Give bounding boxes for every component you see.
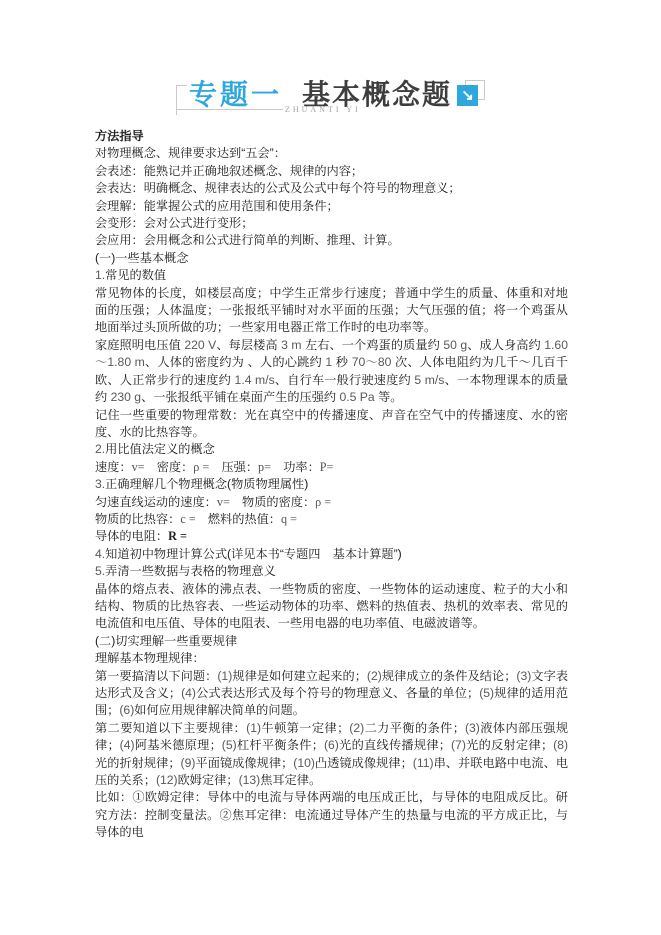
text-run: 压强： xyxy=(209,460,258,474)
text-run: 用比值法定义的概念 xyxy=(105,442,215,456)
text-run: (5) xyxy=(222,738,237,752)
text-run: 光的折射规律； xyxy=(95,756,181,770)
text-run: (二)切实理解一些重要规律 xyxy=(95,634,237,648)
text-run: 1.4 m/s xyxy=(235,373,275,387)
text-run: 0.5 Pa xyxy=(339,390,374,404)
paragraph: 2.用比值法定义的概念 xyxy=(95,441,568,458)
text-run: ρ = xyxy=(315,495,331,509)
document-body: 方法指导对物理概念、规律要求达到“五会”：会表述：能熟记并正确地叙述概念、规律的… xyxy=(95,128,568,842)
text-run: 速度： xyxy=(95,460,132,474)
text-run: 等。 xyxy=(375,390,403,404)
paragraph: 导体的电阻：R = xyxy=(95,528,568,545)
paragraph: 会变形：会对公式进行变形； xyxy=(95,215,568,232)
text-run: 知道初中物理计算公式(详见本书“专题四 基本计算题”) xyxy=(105,547,402,561)
paragraph: 常见物体的长度，如楼层高度；中学生正常步行速度；普通中学生的质量、体重和对地面的… xyxy=(95,285,568,337)
text-run: 阿基米德原理； xyxy=(135,738,222,752)
text-run: 光的反射定律； xyxy=(466,738,553,752)
text-run: 理解基本物理规律： xyxy=(95,651,205,665)
text-run: (1) xyxy=(217,669,232,683)
text-run: 50 g xyxy=(443,338,467,352)
text-run: v= xyxy=(132,460,145,474)
paragraph: (二)切实理解一些重要规律 xyxy=(95,633,568,650)
text-run: 第一要搞清以下问题： xyxy=(95,669,217,683)
text-run: 物质的比热容： xyxy=(95,512,180,526)
text-run: 230 g xyxy=(111,390,142,404)
text-run: (4) xyxy=(120,738,135,752)
text-run: (2) xyxy=(367,669,382,683)
text-run: 匀速直线运动的速度： xyxy=(95,495,217,509)
paragraph: 第二要知道以下主要规律：(1)牛顿第一定律；(2)二力平衡的条件；(3)液体内部… xyxy=(95,720,568,790)
text-run: 杠杆平衡条件； xyxy=(237,738,324,752)
paragraph: 速度：v= 密度：ρ = 压强：p= 功率：P= xyxy=(95,459,568,476)
text-run: (一)一些基本概念 xyxy=(95,251,188,265)
paragraph: 物质的比热容：c = 燃料的热值：q = xyxy=(95,511,568,528)
text-run: 秒 xyxy=(332,355,352,369)
text-run: 左右、一个鸡蛋的质量约 xyxy=(302,338,444,352)
arrow-down-right-icon: ↘ xyxy=(457,80,485,107)
text-run: 光的直线传播规律； xyxy=(339,738,451,752)
bracket-corner-line xyxy=(176,85,187,115)
text-run: 正确理解几个物理概念(物质物理属性) xyxy=(105,477,308,491)
text-run: P= xyxy=(320,460,334,474)
text-run: 、成人身高约 xyxy=(467,338,544,352)
text-run: (4) xyxy=(181,686,196,700)
text-run: (6) xyxy=(119,703,134,717)
text-run: 二力平衡的条件； xyxy=(364,721,465,735)
text-run: 如何应用规律解决简单的问题。 xyxy=(134,703,305,717)
text-run: 物质的密度： xyxy=(230,495,315,509)
text-run: 第二要知道以下主要规律： xyxy=(95,721,246,735)
chapter-header: 专题一基本概念题↘ ZHUANTI YI xyxy=(0,0,661,115)
text-run: 凸透镜成像规律； xyxy=(315,756,413,770)
text-run: 晶体的熔点表、液体的沸点表、一些物质的密度、一些物体的运动速度、粒子的大小和结构… xyxy=(95,582,568,631)
text-run: 家庭照明电压值 xyxy=(95,338,184,352)
text-run: (3) xyxy=(516,669,531,683)
chapter-number: 专题一 xyxy=(189,79,282,110)
text-run: 、每层楼高 xyxy=(216,338,281,352)
text-run: 平面镜成像规律； xyxy=(195,756,293,770)
text-run: (11) xyxy=(413,756,434,770)
text-run: ρ = xyxy=(193,460,209,474)
text-run: 燃料的热值： xyxy=(196,512,281,526)
text-run: 会应用：会用概念和公式进行简单的判断、推理、计算。 xyxy=(95,233,400,247)
chapter-title-block: 专题一基本概念题↘ ZHUANTI YI xyxy=(176,76,485,114)
text-run: 70～80 xyxy=(352,355,392,369)
paragraph: 记住一些重要的物理常数：光在真空中的传播速度、声音在空气中的传播速度、水的密度、… xyxy=(95,407,568,442)
text-run: 会理解：能掌握公式的应用范围和使用条件； xyxy=(95,199,339,213)
paragraph: 晶体的熔点表、液体的沸点表、一些物质的密度、一些物体的运动速度、粒子的大小和结构… xyxy=(95,581,568,633)
text-run: p= xyxy=(258,460,271,474)
paragraph: 第一要搞清以下问题：(1)规律是如何建立起来的；(2)规律成立的条件及结论；(3… xyxy=(95,668,568,720)
text-run: 牛顿第一定律； xyxy=(261,721,349,735)
text-run: 常见的数值 xyxy=(105,268,166,282)
text-run: c = xyxy=(180,512,195,526)
text-run: (3) xyxy=(465,721,480,735)
text-run: 欧姆定律； xyxy=(178,773,239,787)
text-run: 比如：①欧姆定律：导体中的电流与导体两端的电压成正比，与导体的电阻成反比。研究方… xyxy=(95,790,568,839)
text-run: 会变形：会对公式进行变形； xyxy=(95,216,253,230)
paragraph: 家庭照明电压值 220 V、每层楼高 3 m 左右、一个鸡蛋的质量约 50 g、… xyxy=(95,337,568,407)
text-run: R = xyxy=(168,529,187,543)
paragraph: 会表达：明确概念、规律表达的公式及公式中每个符号的物理意义； xyxy=(95,180,568,197)
text-run: q = xyxy=(281,512,297,526)
text-run: 对物理概念、规律要求达到“五会”： xyxy=(95,146,286,160)
paragraph: 比如：①欧姆定律：导体中的电流与导体两端的电压成正比，与导体的电阻成反比。研究方… xyxy=(95,789,568,841)
paragraph: 会应用：会用概念和公式进行简单的判断、推理、计算。 xyxy=(95,232,568,249)
text-run: (6) xyxy=(324,738,339,752)
text-run: 规律成立的条件及结论； xyxy=(382,669,517,683)
text-run: 1. xyxy=(95,268,105,282)
text-run: 记住一些重要的物理常数：光在真空中的传播速度、声音在空气中的传播速度、水的密度、… xyxy=(95,408,568,439)
text-run: 5. xyxy=(95,564,105,578)
paragraph: 匀速直线运动的速度：v= 物质的密度：ρ = xyxy=(95,494,568,511)
paragraph: 理解基本物理规律： xyxy=(95,650,568,667)
text-run: 、人体的密度约为 、人的心跳约 xyxy=(145,355,326,369)
text-run: 4. xyxy=(95,547,105,561)
text-run: (1) xyxy=(246,721,261,735)
text-run: 焦耳定律。 xyxy=(260,773,321,787)
text-run: 会表述：能熟记并正确地叙述概念、规律的内容； xyxy=(95,164,363,178)
text-run: (5) xyxy=(479,686,494,700)
text-run: (12) xyxy=(156,773,178,787)
text-run: v= xyxy=(217,495,230,509)
paragraph: 4.知道初中物理计算公式(详见本书“专题四 基本计算题”) xyxy=(95,546,568,563)
text-run: 导体的电阻： xyxy=(95,529,168,543)
text-run: (7) xyxy=(451,738,466,752)
text-run: 5 m/s xyxy=(414,373,444,387)
text-run: 常见物体的长度，如楼层高度；中学生正常步行速度；普通中学生的质量、体重和对地面的… xyxy=(95,286,568,335)
document-page: 专题一基本概念题↘ ZHUANTI YI 方法指导对物理概念、规律要求达到“五会… xyxy=(0,0,661,935)
text-run: 、一张报纸平铺在桌面产生的压强约 xyxy=(141,390,339,404)
paragraph: 会理解：能掌握公式的应用范围和使用条件； xyxy=(95,198,568,215)
text-run: 规律是如何建立起来的； xyxy=(232,669,367,683)
text-run: 220 V xyxy=(184,338,216,352)
paragraph: 方法指导 xyxy=(95,128,568,145)
text-run: (10) xyxy=(293,756,315,770)
text-run: (2) xyxy=(349,721,364,735)
icon-blue-square: ↘ xyxy=(457,85,478,106)
text-run: 2. xyxy=(95,442,105,456)
text-run: (8) xyxy=(553,738,568,752)
text-run: (9) xyxy=(181,756,196,770)
text-run: (13) xyxy=(239,773,261,787)
text-run: 方法指导 xyxy=(95,129,144,143)
text-run: 功率： xyxy=(271,460,320,474)
paragraph: 对物理概念、规律要求达到“五会”： xyxy=(95,145,568,162)
text-run: 密度： xyxy=(145,460,194,474)
paragraph: 1.常见的数值 xyxy=(95,267,568,284)
text-run: 3. xyxy=(95,477,105,491)
paragraph: 3.正确理解几个物理概念(物质物理属性) xyxy=(95,476,568,493)
paragraph: (一)一些基本概念 xyxy=(95,250,568,267)
text-run: 、自行车一般行驶速度约 xyxy=(275,373,415,387)
text-run: 会表达：明确概念、规律表达的公式及公式中每个符号的物理意义； xyxy=(95,181,461,195)
paragraph: 会表述：能熟记并正确地叙述概念、规律的内容； xyxy=(95,163,568,180)
chapter-subtitle-pinyin: ZHUANTI YI xyxy=(283,105,361,114)
text-run: 公式表达形式及每个符号的物理意义、各量的单位； xyxy=(196,686,479,700)
text-run: 3 m xyxy=(281,338,301,352)
paragraph: 5.弄清一些数据与表格的物理意义 xyxy=(95,563,568,580)
text-run: 弄清一些数据与表格的物理意义 xyxy=(105,564,276,578)
subtitle-rule-line xyxy=(176,109,283,110)
